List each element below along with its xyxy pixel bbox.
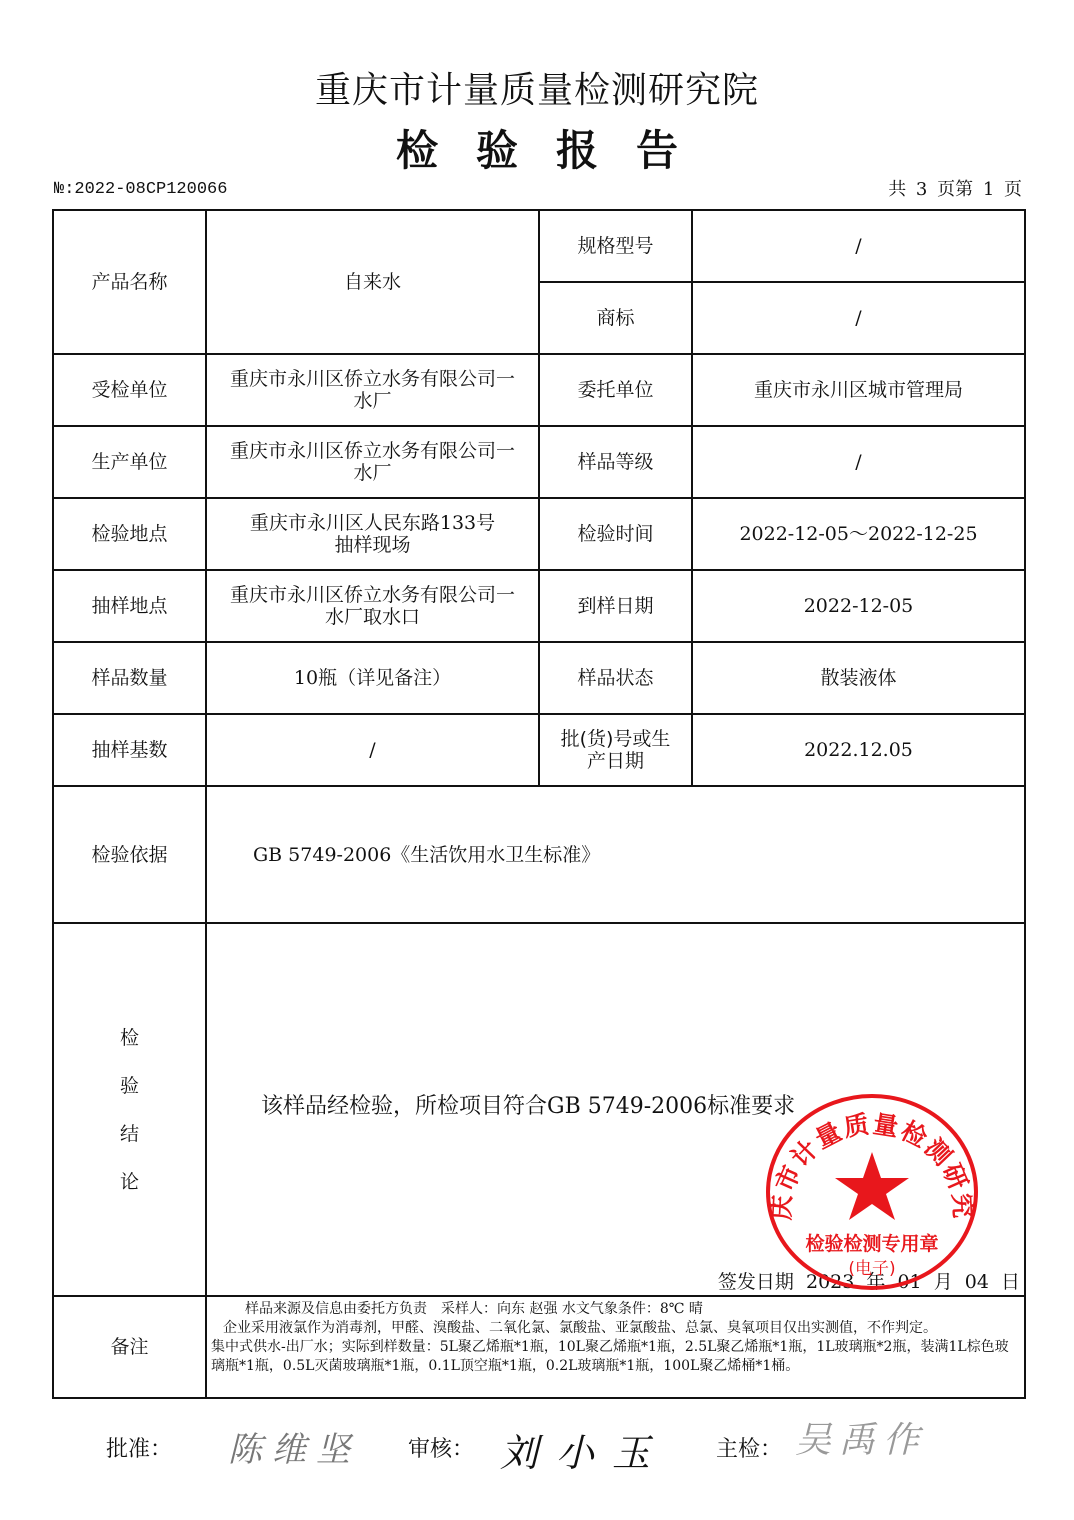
spec-label: 规格型号 <box>539 210 692 282</box>
batch-label-line2: 产日期 <box>544 750 687 772</box>
grade-value: / <box>692 426 1025 498</box>
conclusion-cell: 该样品经检验，所检项目符合GB 5749-2006标准要求 签发日期 2023 … <box>206 923 1025 1296</box>
inspected-unit-value: 重庆市永川区侨立水务有限公司一 水厂 <box>206 354 539 426</box>
issue-year: 2023 <box>806 1271 854 1293</box>
location-line1: 重庆市永川区人民东路133号 <box>211 512 534 534</box>
remarks-line1: 样品来源及信息由委托方负责 采样人：向东 赵强 水文气象条件：8℃ 晴 <box>211 1300 1020 1319</box>
producer-line1: 重庆市永川区侨立水务有限公司一 <box>211 440 534 462</box>
producer-label: 生产单位 <box>53 426 206 498</box>
signature-row: 批准： 陈维坚 审核： 刘小玉 主检： 吴禹作 <box>0 1420 1074 1490</box>
producer-value: 重庆市永川区侨立水务有限公司一 水厂 <box>206 426 539 498</box>
remarks-value: 样品来源及信息由委托方负责 采样人：向东 赵强 水文气象条件：8℃ 晴 企业采用… <box>206 1296 1025 1398</box>
conclusion-label-char: 检 <box>120 1027 139 1049</box>
approver-label: 批准： <box>106 1432 172 1463</box>
batch-label: 批(货)号或生 产日期 <box>539 714 692 786</box>
arrival-date-value: 2022-12-05 <box>692 570 1025 642</box>
report-table: 产品名称 自来水 规格型号 / 商标 / 受检单位 重庆市永川区侨立水务有限公司… <box>52 209 1026 1399</box>
quantity-value: 10瓶（详见备注） <box>206 642 539 714</box>
sampling-site-line1: 重庆市永川区侨立水务有限公司一 <box>211 584 534 606</box>
client-label: 委托单位 <box>539 354 692 426</box>
arrival-date-label: 到样日期 <box>539 570 692 642</box>
location-line2: 抽样现场 <box>211 534 534 556</box>
spec-value: / <box>692 210 1025 282</box>
client-value: 重庆市永川区城市管理局 <box>692 354 1025 426</box>
issue-month: 01 <box>897 1271 921 1293</box>
conclusion-label-char: 论 <box>120 1171 139 1193</box>
inspected-unit-label: 受检单位 <box>53 354 206 426</box>
issue-date-label: 签发日期 <box>718 1271 794 1293</box>
basis-value: GB 5749-2006《生活饮用水卫生标准》 <box>206 786 1025 923</box>
reviewer-label: 审核： <box>408 1432 474 1463</box>
producer-line2: 水厂 <box>211 462 534 484</box>
inspection-time-label: 检验时间 <box>539 498 692 570</box>
reviewer-signature: 刘小玉 <box>500 1422 668 1477</box>
conclusion-label-char: 结 <box>120 1123 139 1145</box>
year-unit: 年 <box>866 1271 885 1293</box>
product-name-value: 自来水 <box>206 210 539 354</box>
batch-value: 2022.12.05 <box>692 714 1025 786</box>
pagination: 共 3 页第 1 页 <box>888 175 1022 201</box>
state-value: 散装液体 <box>692 642 1025 714</box>
month-unit: 月 <box>934 1271 953 1293</box>
issue-date: 签发日期 2023 年 01 月 04 日 <box>718 1271 1020 1293</box>
conclusion-label-char: 验 <box>120 1075 139 1097</box>
inspected-unit-line2: 水厂 <box>211 390 534 412</box>
report-number: №:2022-08CP120066 <box>54 180 227 199</box>
location-value: 重庆市永川区人民东路133号 抽样现场 <box>206 498 539 570</box>
sampling-site-line2: 水厂取水口 <box>211 606 534 628</box>
trademark-value: / <box>692 282 1025 354</box>
conclusion-text: 该样品经检验，所检项目符合GB 5749-2006标准要求 <box>261 1096 795 1118</box>
conclusion-label: 检 验 结 论 <box>53 923 206 1296</box>
approver-signature: 陈维坚 <box>228 1422 360 1471</box>
sampling-site-value: 重庆市永川区侨立水务有限公司一 水厂取水口 <box>206 570 539 642</box>
location-label: 检验地点 <box>53 498 206 570</box>
trademark-label: 商标 <box>539 282 692 354</box>
organization-name: 重庆市计量质量检测研究院 <box>0 62 1074 113</box>
product-name-label: 产品名称 <box>53 210 206 354</box>
inspector-label: 主检： <box>716 1432 782 1463</box>
sampling-base-label: 抽样基数 <box>53 714 206 786</box>
remarks-label: 备注 <box>53 1296 206 1398</box>
inspection-time-value: 2022-12-05～2022-12-25 <box>692 498 1025 570</box>
sampling-base-value: / <box>206 714 539 786</box>
quantity-label: 样品数量 <box>53 642 206 714</box>
batch-label-line1: 批(货)号或生 <box>544 728 687 750</box>
sampling-site-label: 抽样地点 <box>53 570 206 642</box>
conclusion-label-vertical: 检 验 结 论 <box>58 1027 201 1193</box>
basis-label: 检验依据 <box>53 786 206 923</box>
day-unit: 日 <box>1001 1271 1020 1293</box>
remarks-line2: 企业采用液氯作为消毒剂，甲醛、溴酸盐、二氧化氯、氯酸盐、亚氯酸盐、总氯、臭氧项目… <box>211 1319 1020 1338</box>
report-title: 检验报告 <box>0 118 1074 178</box>
issue-day: 04 <box>965 1271 989 1293</box>
remarks-line3: 集中式供水-出厂水；实际到样数量：5L聚乙烯瓶*1瓶，10L聚乙烯瓶*1瓶，2.… <box>211 1338 1020 1376</box>
grade-label: 样品等级 <box>539 426 692 498</box>
inspected-unit-line1: 重庆市永川区侨立水务有限公司一 <box>211 368 534 390</box>
state-label: 样品状态 <box>539 642 692 714</box>
inspector-signature: 吴禹作 <box>795 1412 927 1463</box>
